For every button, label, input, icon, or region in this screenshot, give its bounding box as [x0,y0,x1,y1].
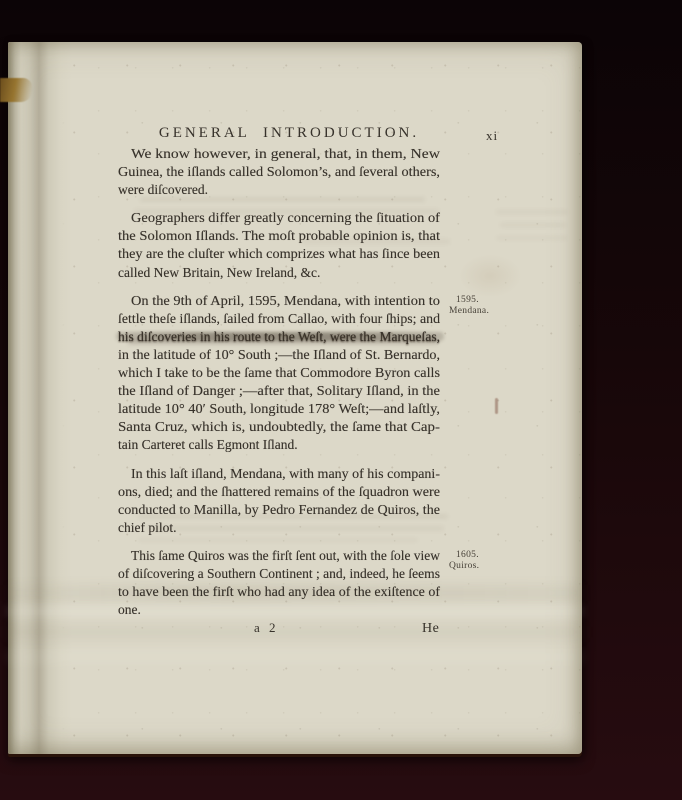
text-line: This ſame Quiros was the firſt ſent out,… [118,547,440,565]
signature-mark: a 2 [254,620,279,636]
paragraph: In this laſt iſland, Mendana, with many … [118,465,440,537]
text-block: We know however, in general, that, in th… [118,145,440,619]
paper-stain [458,254,522,298]
page-gutter-curl [8,42,72,754]
text-line: the Solomon Iſlands. The moſt probable o… [118,227,440,245]
scan-background: GENERAL INTRODUCTION. xi We know however… [0,0,682,800]
show-through-smudge [500,223,566,227]
text-line: latitude 10° 40′ South, longitude 178° W… [118,400,440,418]
text-line: In this laſt iſland, Mendana, with many … [118,465,440,483]
paragraph: We know however, in general, that, in th… [118,145,440,199]
text-line: to have been the firſt who had any idea … [118,583,440,601]
text-line: We know however, in general, that, in th… [118,145,440,163]
text-line: ſettle theſe iſlands, ſailed from Callao… [118,310,440,328]
text-line: they are the cluſter which comprizes wha… [118,245,440,263]
catchword: He [422,621,439,637]
text-line: conducted to Manilla, by Pedro Fernandez… [118,501,440,519]
text-line: his diſcoveries in his route to the Weſt… [118,328,440,346]
text-line: tain Carteret calls Egmont Iſland. [118,436,440,454]
text-line: ons, died; and the ſhattered remains of … [118,483,440,501]
text-line: the Iſland of Danger ;—after that, Solit… [118,382,440,400]
text-line: of diſcovering a Southern Continent ; an… [118,565,440,583]
margin-note-name: Quiros. [449,561,544,572]
show-through-smudge [496,236,568,240]
margin-note-year: 1605. [449,550,544,561]
running-header: GENERAL INTRODUCTION. [124,125,454,142]
ink-fleck [495,398,498,414]
paragraph: This ſame Quiros was the firſt ſent out,… [118,547,440,619]
text-line: in the latitude of 10° South ;—the Iſlan… [118,346,440,364]
paper-wrinkle-highlight [8,652,582,662]
paragraph: Geographers differ greatly concerning th… [118,209,440,281]
paper-wrinkle-shadow [8,626,582,638]
show-through-smudge [496,210,568,214]
text-line: On the 9th of April, 1595, Mendana, with… [118,292,440,310]
text-line: which I take to be the ſame that Commodo… [118,364,440,382]
margin-note-name: Mendana. [449,306,544,317]
text-line: one. [118,601,440,619]
paragraph: On the 9th of April, 1595, Mendana, with… [118,292,440,455]
margin-note-year: 1595. [449,295,544,306]
text-line: Santa Cruz, which is, undoubtedly, the ſ… [118,418,440,436]
text-line: were diſcovered. [118,181,440,199]
page-number: xi [486,128,498,144]
margin-note-quiros: 1605. Quiros. [449,550,544,571]
margin-note-mendana: 1595. Mendana. [449,295,544,316]
book-page: GENERAL INTRODUCTION. xi We know however… [8,42,582,754]
text-line: chief pilot. [118,519,440,537]
text-line: called New Britain, New Ireland, &c. [118,264,440,282]
text-line: Guinea, the iſlands called Solomon’s, an… [118,163,440,181]
text-line: Geographers differ greatly concerning th… [118,209,440,227]
binding-edge-fragment [0,78,32,102]
